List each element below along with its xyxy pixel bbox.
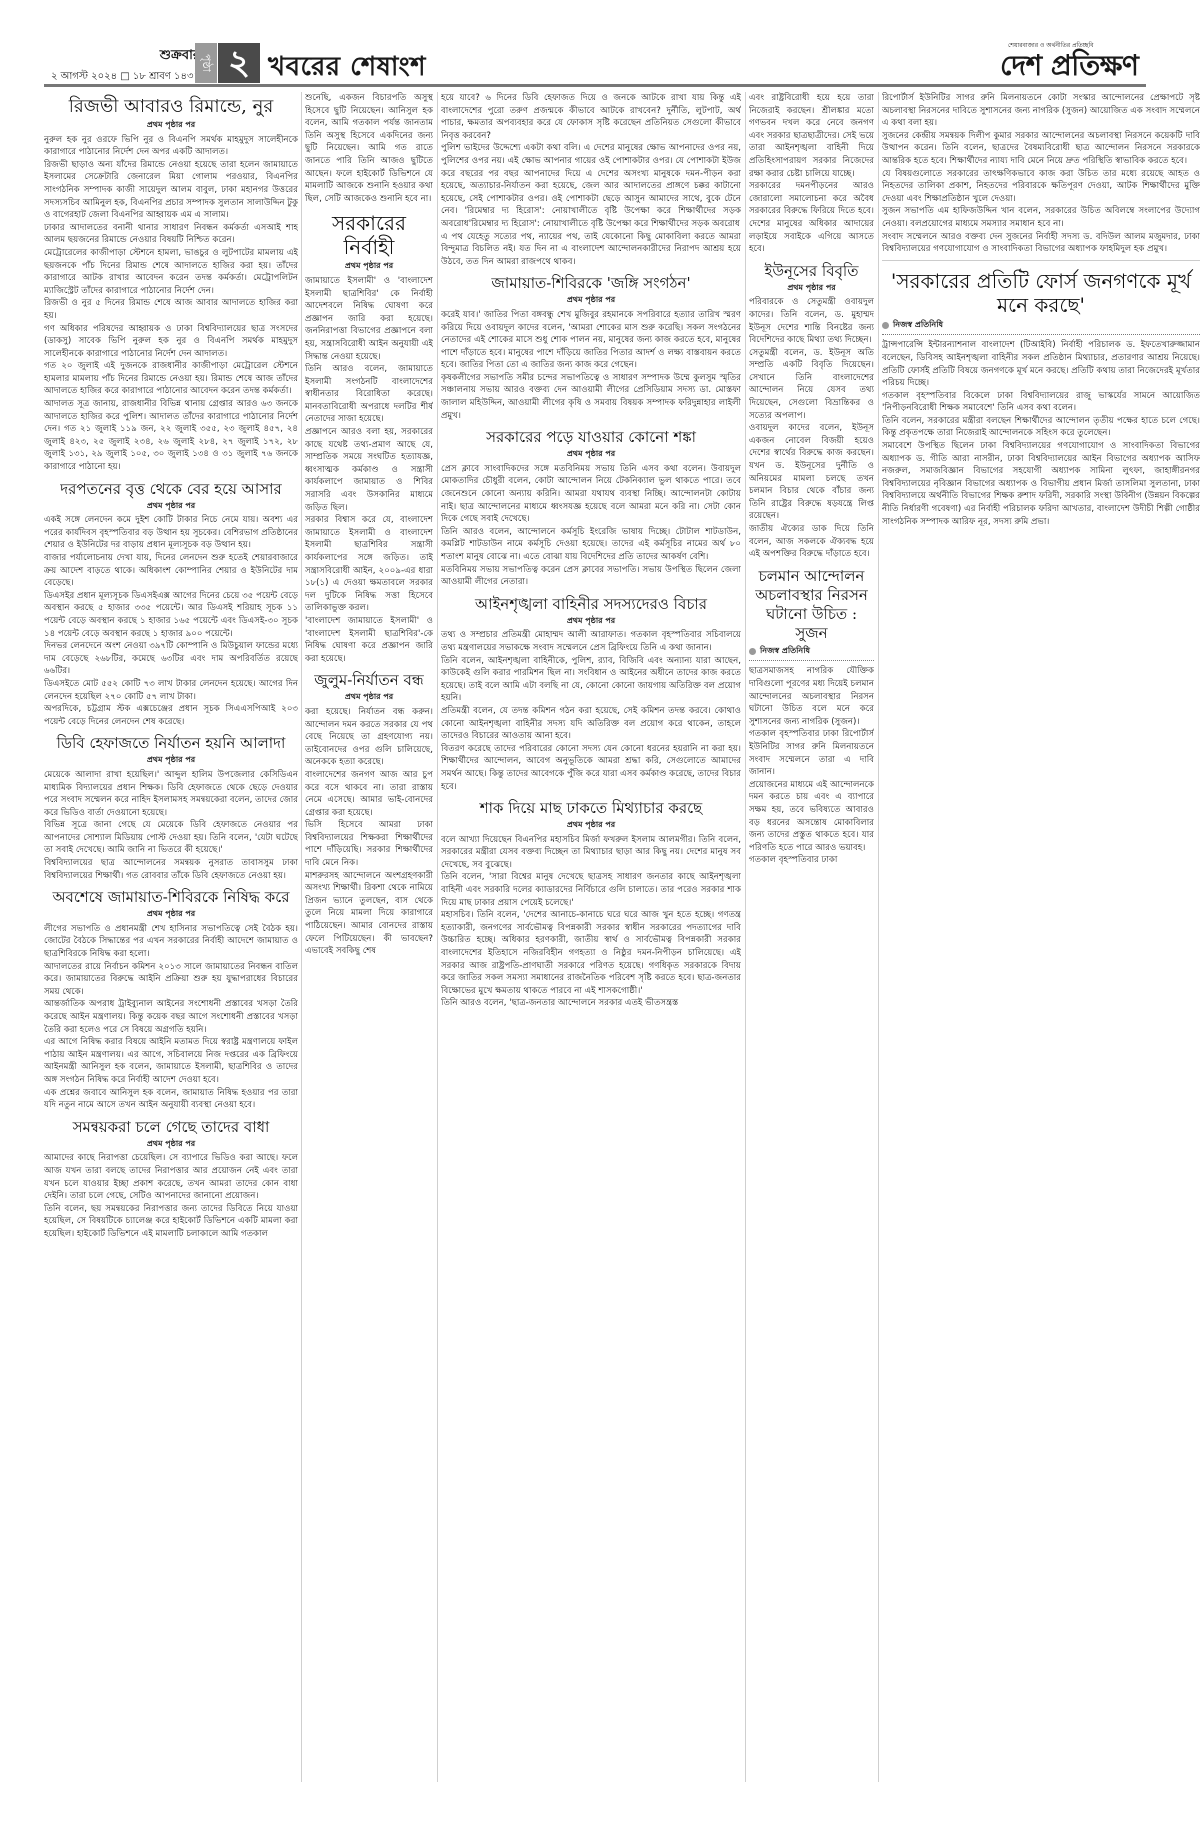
paragraph: শুনেছি, একজন বিচারপতি অসুস্থ হিসেবে ছুটি… [305, 92, 433, 205]
paragraph: দিনভর লেনদেনে অংশ নেওয়া ৩৯৭টি কোম্পানি … [44, 640, 298, 678]
paragraph: ভিসি হিসেবে আমরা ঢাকা বিশ্ববিদ্যালয়ের শ… [305, 819, 433, 869]
column-divider [878, 92, 879, 1782]
column-2: শুনেছি, একজন বিচারপতি অসুস্থ হিসেবে ছুটি… [305, 92, 433, 1782]
paragraph: মাশরুরসহ আন্দোলনে অংশগ্রহণকারী অসংখ্য শি… [305, 870, 433, 958]
jump-label: প্রথম পৃষ্ঠার পর [44, 754, 298, 767]
paragraph: ছাত্রসমাজসহ নাগরিক যৌক্তিক দাবিগুলো পূরণ… [749, 665, 874, 728]
paragraph: গত ২০ জুলাই এই দুজনকে রাজধানীর কাজীপাড়া… [44, 360, 298, 398]
article-oppression: জুলুম-নির্যাতন বন্ধ প্রথম পৃষ্ঠার পর করা… [305, 671, 433, 957]
article-db-custody: ডিবি হেফাজতে নির্যাতন হয়নি আলাদা প্রথম … [44, 734, 298, 882]
column-divider [301, 92, 302, 1782]
paragraph: বাজার পর্যালোচনায় দেখা যায়, দিনের লেনদ… [44, 552, 298, 590]
paragraph: গণ অধিকার পরিষদের আহ্বায়ক ও ঢাকা বিশ্বব… [44, 323, 298, 361]
paragraph: পরিবারকে ও সেতুমন্ত্রী ওবায়দুল কাদের। ত… [749, 296, 874, 346]
paragraph: বিভিন্ন সূত্রে জানা গেছে যে মেয়েকে ডিবি… [44, 819, 298, 857]
paragraph: সেতুমন্ত্রী বলেন, ড. ইউনূস অতি সম্প্রতি … [749, 347, 874, 423]
headline: দরপতনের বৃত্ত থেকে বের হয়ে আসার [44, 480, 298, 499]
bullet-icon [749, 648, 756, 655]
paragraph: মেয়েকে আলাদা রাখা হয়েছিল।' আব্দুল হালি… [44, 769, 298, 819]
article-coordinators: সমন্বয়করা চলে গেছে তাদের বাধা প্রথম পৃষ… [44, 1118, 298, 1241]
paragraph: ওবায়দুল কাদের বলেন, ইউনূস একজন নোবেল বি… [749, 422, 874, 523]
paragraph: করেই যাব।' জাতির পিতা বঙ্গবন্ধু শেখ মুজি… [441, 309, 741, 372]
paragraph: করা হয়েছে। নির্যাতন বন্ধ করুন। আন্দোলন … [305, 706, 433, 769]
paragraph: প্রজ্ঞাপনে আরও বলা হয়, সরকারের কাছে যথে… [305, 426, 433, 514]
paragraph: বিশ্ববিদ্যালয়ের ছাত্র আন্দোলনের সমন্বয়… [44, 857, 298, 882]
paragraph: সংবাদ সম্মেলনে আরও বক্তব্য দেন সুজনের নি… [882, 231, 1200, 256]
jump-label: প্রথম পৃষ্ঠার পর [44, 500, 298, 513]
paragraph: কৃষকলীগের সভাপতি সমীর চন্দের সভাপতিত্বে … [441, 372, 741, 422]
bullet-icon [882, 322, 889, 329]
headline: জুলুম-নির্যাতন বন্ধ [305, 671, 433, 690]
paragraph: সুজনের কেন্দ্রীয় সমন্বয়ক দিলীপ কুমার স… [882, 130, 1200, 168]
paragraph: তিনি আরও বলেন, 'ছাত্র-জনতার আন্দোলনে সরক… [441, 997, 741, 1010]
headline: সমন্বয়করা চলে গেছে তাদের বাধা [44, 1118, 298, 1137]
jump-label: প্রথম পৃষ্ঠার পর [44, 119, 298, 132]
jump-label: প্রথম পৃষ্ঠার পর [749, 282, 874, 295]
paragraph: তিনি বলেন, ছয় সমন্বয়কের নিরাপত্তার জন্… [44, 1203, 298, 1241]
paragraph: ঢাকার আদালতের বনানী থানার সাধারণ নিবন্ধন… [44, 222, 298, 247]
paragraph: গতকাল বৃহস্পতিবার ঢাকা রিপোর্টার্স ইউনিট… [749, 728, 874, 778]
article-sujan: চলমান আন্দোলন অচলাবস্থার নিরসন ঘটানো উচি… [749, 567, 874, 867]
paragraph: সরকারের দমনপীড়নের আরও জোরালো সমালোচনা ক… [749, 180, 874, 256]
paragraph: রিজভী ছাড়াও অন্য যাঁদের রিমান্ডে নেওয়া… [44, 159, 298, 222]
masthead-rule [44, 84, 1146, 87]
paragraph: আদালত সূত্র জানায়, রাজধানীর বিভিন্ন থান… [44, 398, 298, 474]
article-ban-jamaat: অবশেষে জামায়াত-শিবিরকে নিষিদ্ধ করে প্রথ… [44, 888, 298, 1112]
jump-label: প্রথম পৃষ্ঠার পর [441, 448, 741, 461]
headline: রিজভী আবারও রিমান্ডে, নুর [44, 96, 298, 118]
paragraph: সমাবেশে উপস্থিত ছিলেন ঢাকা বিশ্ববিদ্যালয… [882, 440, 1200, 528]
column-divider [745, 92, 746, 1782]
paragraph: প্রেস ক্লাবে সাংবাদিকদের সঙ্গে মতবিনিময়… [441, 463, 741, 526]
paragraph: তথ্য ও সম্প্রচার প্রতিমন্ত্রী মোহাম্মদ আ… [441, 629, 741, 654]
paragraph: অপরদিকে, চট্টগ্রাম স্টক এক্সচেঞ্জের প্রধ… [44, 703, 298, 728]
masthead: শুক্রবার ২ আগস্ট ২০২৪ □ ১৮ শ্রাবণ ১৪৩১ প… [0, 0, 1200, 80]
paragraph: ডিএসইতে মোট ৫৫২ কোটি ৭৩ লাখ টাকার লেনদেন… [44, 678, 298, 703]
paragraph: প্রতিমন্ত্রী বলেন, যে তদন্ত কমিশন গঠন কর… [441, 705, 741, 743]
column-divider [437, 92, 438, 1782]
paragraph: এ পথ যেহেতু সত্যের পথ, ন্যায়ের পথ, তাই … [441, 231, 741, 269]
paragraph: রিপোর্টার্স ইউনিটির সাগর রুনি মিলনায়তনে… [882, 92, 1200, 130]
paragraph: আদালতের রায়ে নির্বাচন কমিশন ২০১৩ সালে জ… [44, 961, 298, 999]
byline: নিজস্ব প্রতিনিধি [749, 645, 874, 658]
jump-label: প্রথম পৃষ্ঠার পর [305, 691, 433, 704]
paragraph: সুজন সভাপতি এম হাফিজউদ্দিন খান বলেন, সরক… [882, 205, 1200, 230]
paragraph: গতকাল বৃহস্পতিবার ঢাকা [749, 854, 874, 867]
headline: আইনশৃঙ্খলা বাহিনীর সদস্যদেরও বিচার [441, 595, 741, 614]
paragraph: জাতীয় ঐক্যের ডাক দিয়ে তিনি বলেন, আজ সক… [749, 523, 874, 561]
paragraph: এক প্রশ্নের জবাবে আনিসুল হক বলেন, জামায়… [44, 1087, 298, 1112]
paragraph: যে বিষয়গুলোতে সরকারের তাৎক্ষণিকভাবে কাজ… [882, 168, 1200, 206]
issue-date: শুক্রবার ২ আগস্ট ২০২৪ □ ১৮ শ্রাবণ ১৪৩১ [0, 46, 200, 86]
paragraph: এবং রাষ্ট্রবিরোধী হয়ে হয়ে তারা নিজেরাই… [749, 92, 874, 180]
headline: জামায়াত-শিবিরকে 'জঙ্গি সংগঠন' [441, 274, 741, 293]
paragraph: তিনি বলেন, 'সারা বিশ্বের মানুষ দেখেছে ছা… [441, 871, 741, 909]
jump-label: প্রথম পৃষ্ঠার পর [44, 908, 298, 921]
column-1: রিজভী আবারও রিমান্ডে, নুর প্রথম পৃষ্ঠার … [44, 92, 298, 1782]
paragraph: ডিএসইর প্রধান মূল্যসূচক ডিএসইএক্স আগের দ… [44, 590, 298, 640]
article-no-fear: সরকারের পড়ে যাওয়ার কোনো শঙ্কা প্রথম পৃ… [441, 428, 741, 589]
dotted-rule [882, 334, 1200, 335]
article-jangi: জামায়াত-শিবিরকে 'জঙ্গি সংগঠন' প্রথম পৃষ… [441, 274, 741, 422]
article-ti: 'সরকারের প্রতিটি ফোর্স জনগণকে মূর্খ মনে … [882, 260, 1200, 529]
paragraph: তিনি আরও বলেন, জামায়াতে ইসলামী সংগঠনটি … [305, 363, 433, 426]
paragraph: প্রয়োজনের মাধ্যমে এই আন্দোলনকে দমন করতে… [749, 779, 874, 855]
jump-label: প্রথম পৃষ্ঠার পর [305, 260, 433, 273]
article-vegetables: শাক দিয়ে মাছ ঢাকতে মিথ্যাচার করছে প্রথম… [441, 799, 741, 1010]
paragraph: মেট্রোরেলের কাজীপাড়া স্টেশনে হামলা, ভাঙ… [44, 247, 298, 297]
column-5: রিপোর্টার্স ইউনিটির সাগর রুনি মিলনায়তনে… [882, 92, 1200, 1782]
article-executive-order: সরকারের নির্বাহী প্রথম পৃষ্ঠার পর জামায়… [305, 211, 433, 665]
headline: চলমান আন্দোলন অচলাবস্থার নিরসন ঘটানো উচি… [749, 567, 874, 643]
jump-label: প্রথম পৃষ্ঠার পর [44, 1138, 298, 1151]
jump-label: প্রথম পৃষ্ঠার পর [441, 615, 741, 628]
paragraph: তিনি বলেন, সরকারের মন্ত্রীরা বলছেন শিক্ষ… [882, 415, 1200, 440]
paragraph: একই সঙ্গে লেনদেন কমে দুইশ কোটি টাকার নিচ… [44, 514, 298, 552]
headline: ইউনূসের বিবৃতি [749, 262, 874, 281]
issue-day: শুক্রবার [0, 46, 200, 67]
dotted-rule [749, 660, 874, 661]
byline: নিজস্ব প্রতিনিধি [882, 319, 1200, 332]
headline: 'সরকারের প্রতিটি ফোর্স জনগণকে মূর্খ মনে … [882, 269, 1200, 317]
paragraph: গতকাল বৃহস্পতিবার বিকেলে ঢাকা বিশ্ববিদ্য… [882, 390, 1200, 415]
page-number: ২ [218, 43, 260, 83]
paragraph: বিতরণ করেছে তাদের পরিবারের কোনো সদস্য যে… [441, 743, 741, 793]
paragraph: এর আগে নিষিদ্ধ করার বিষয়ে আইনি মতামত দি… [44, 1036, 298, 1086]
newspaper-logo: শেয়ারবাজার ও অর্থনীতির প্রতিচ্ছবি দেশ প… [1000, 40, 1190, 81]
article-index: দরপতনের বৃত্ত থেকে বের হয়ে আসার প্রথম প… [44, 480, 298, 729]
paragraph: রিজভী ও নুর ৫ দিনের রিমান্ড শেষে আজ আবার… [44, 297, 298, 322]
jump-label: প্রথম পৃষ্ঠার পর [441, 294, 741, 307]
headline: সরকারের নির্বাহী [305, 211, 433, 259]
paragraph: পুলিশ ভাইদের উদ্দেশ্যে একটা কথা বলি। এ দ… [441, 142, 741, 230]
paragraph: 'বাংলাদেশ জামায়াতে ইসলামী' ও 'বাংলাদেশ … [305, 615, 433, 665]
column-3: হয়ে যাবে? ৬ দিনের ডিবি হেফাজত দিয়ে ও জ… [441, 92, 741, 1782]
paragraph: ট্রান্সপারেন্সি ইন্টারন্যাশনাল বাংলাদেশ … [882, 339, 1200, 389]
headline: ডিবি হেফাজতে নির্যাতন হয়নি আলাদা [44, 734, 298, 753]
column-4: এবং রাষ্ট্রবিরোধী হয়ে হয়ে তারা নিজেরাই… [749, 92, 874, 1782]
paragraph: বলে আখ্যা দিয়েছেন বিএনপির মহাসচিব মির্জ… [441, 834, 741, 872]
article-rizvi: রিজভী আবারও রিমান্ডে, নুর প্রথম পৃষ্ঠার … [44, 96, 298, 474]
paragraph: হয়ে যাবে? ৬ দিনের ডিবি হেফাজত দিয়ে ও জ… [441, 92, 741, 142]
paragraph: লীগের সভাপতি ও প্রধানমন্ত্রী শেখ হাসিনার… [44, 923, 298, 961]
article-yunus: ইউনূসের বিবৃতি প্রথম পৃষ্ঠার পর পরিবারকে… [749, 262, 874, 561]
paragraph: মহাসচিব। তিনি বলেন, 'দেশের আনাচে-কানাচে … [441, 909, 741, 997]
byline-text: নিজস্ব প্রতিনিধি [893, 319, 943, 332]
paragraph: বাংলাদেশের জনগণ আজ আর চুপ করে বসে থাকবে … [305, 769, 433, 819]
paragraph: আন্তর্জাতিক অপরাধ ট্রাইব্যুনাল আইনের সংশ… [44, 998, 298, 1036]
brand-name: দেশ প্রতিক্ষণ [1000, 51, 1190, 81]
paragraph: মতবিনিময় সভায় সভাপতিত্ব করেন প্রেস ক্ল… [441, 564, 741, 589]
paragraph: তিনি বলেন, আইনশৃঙ্খলা বাহিনীকে, পুলিশ, র… [441, 655, 741, 705]
headline: শাক দিয়ে মাছ ঢাকতে মিথ্যাচার করছে [441, 799, 741, 818]
paragraph: সরকার বিশ্বাস করে যে, বাংলাদেশ জামায়াতে… [305, 514, 433, 615]
byline-text: নিজস্ব প্রতিনিধি [760, 645, 810, 658]
paragraph: নুরুল হক নুর ওরফে ভিপি নুর ও বিএনপি সমর্… [44, 134, 298, 159]
paragraph: তিনি আরও বলেন, আন্দোলনে কর্মসূচি ইংরেজি … [441, 526, 741, 564]
headline: সরকারের পড়ে যাওয়ার কোনো শঙ্কা [441, 428, 741, 447]
headline: অবশেষে জামায়াত-শিবিরকে নিষিদ্ধ করে [44, 888, 298, 907]
paragraph: আমাদের কাছে নিরাপত্তা চেয়েছিল। সে ব্যাপ… [44, 1152, 298, 1202]
paragraph: জামায়াতে ইসলামী' ও 'বাংলাদেশ ইসলামী ছাত… [305, 275, 433, 363]
jump-label: প্রথম পৃষ্ঠার পর [441, 819, 741, 832]
article-law-enforcement: আইনশৃঙ্খলা বাহিনীর সদস্যদেরও বিচার প্রথম… [441, 595, 741, 793]
page-label: পৃষ্ঠা [195, 43, 217, 83]
